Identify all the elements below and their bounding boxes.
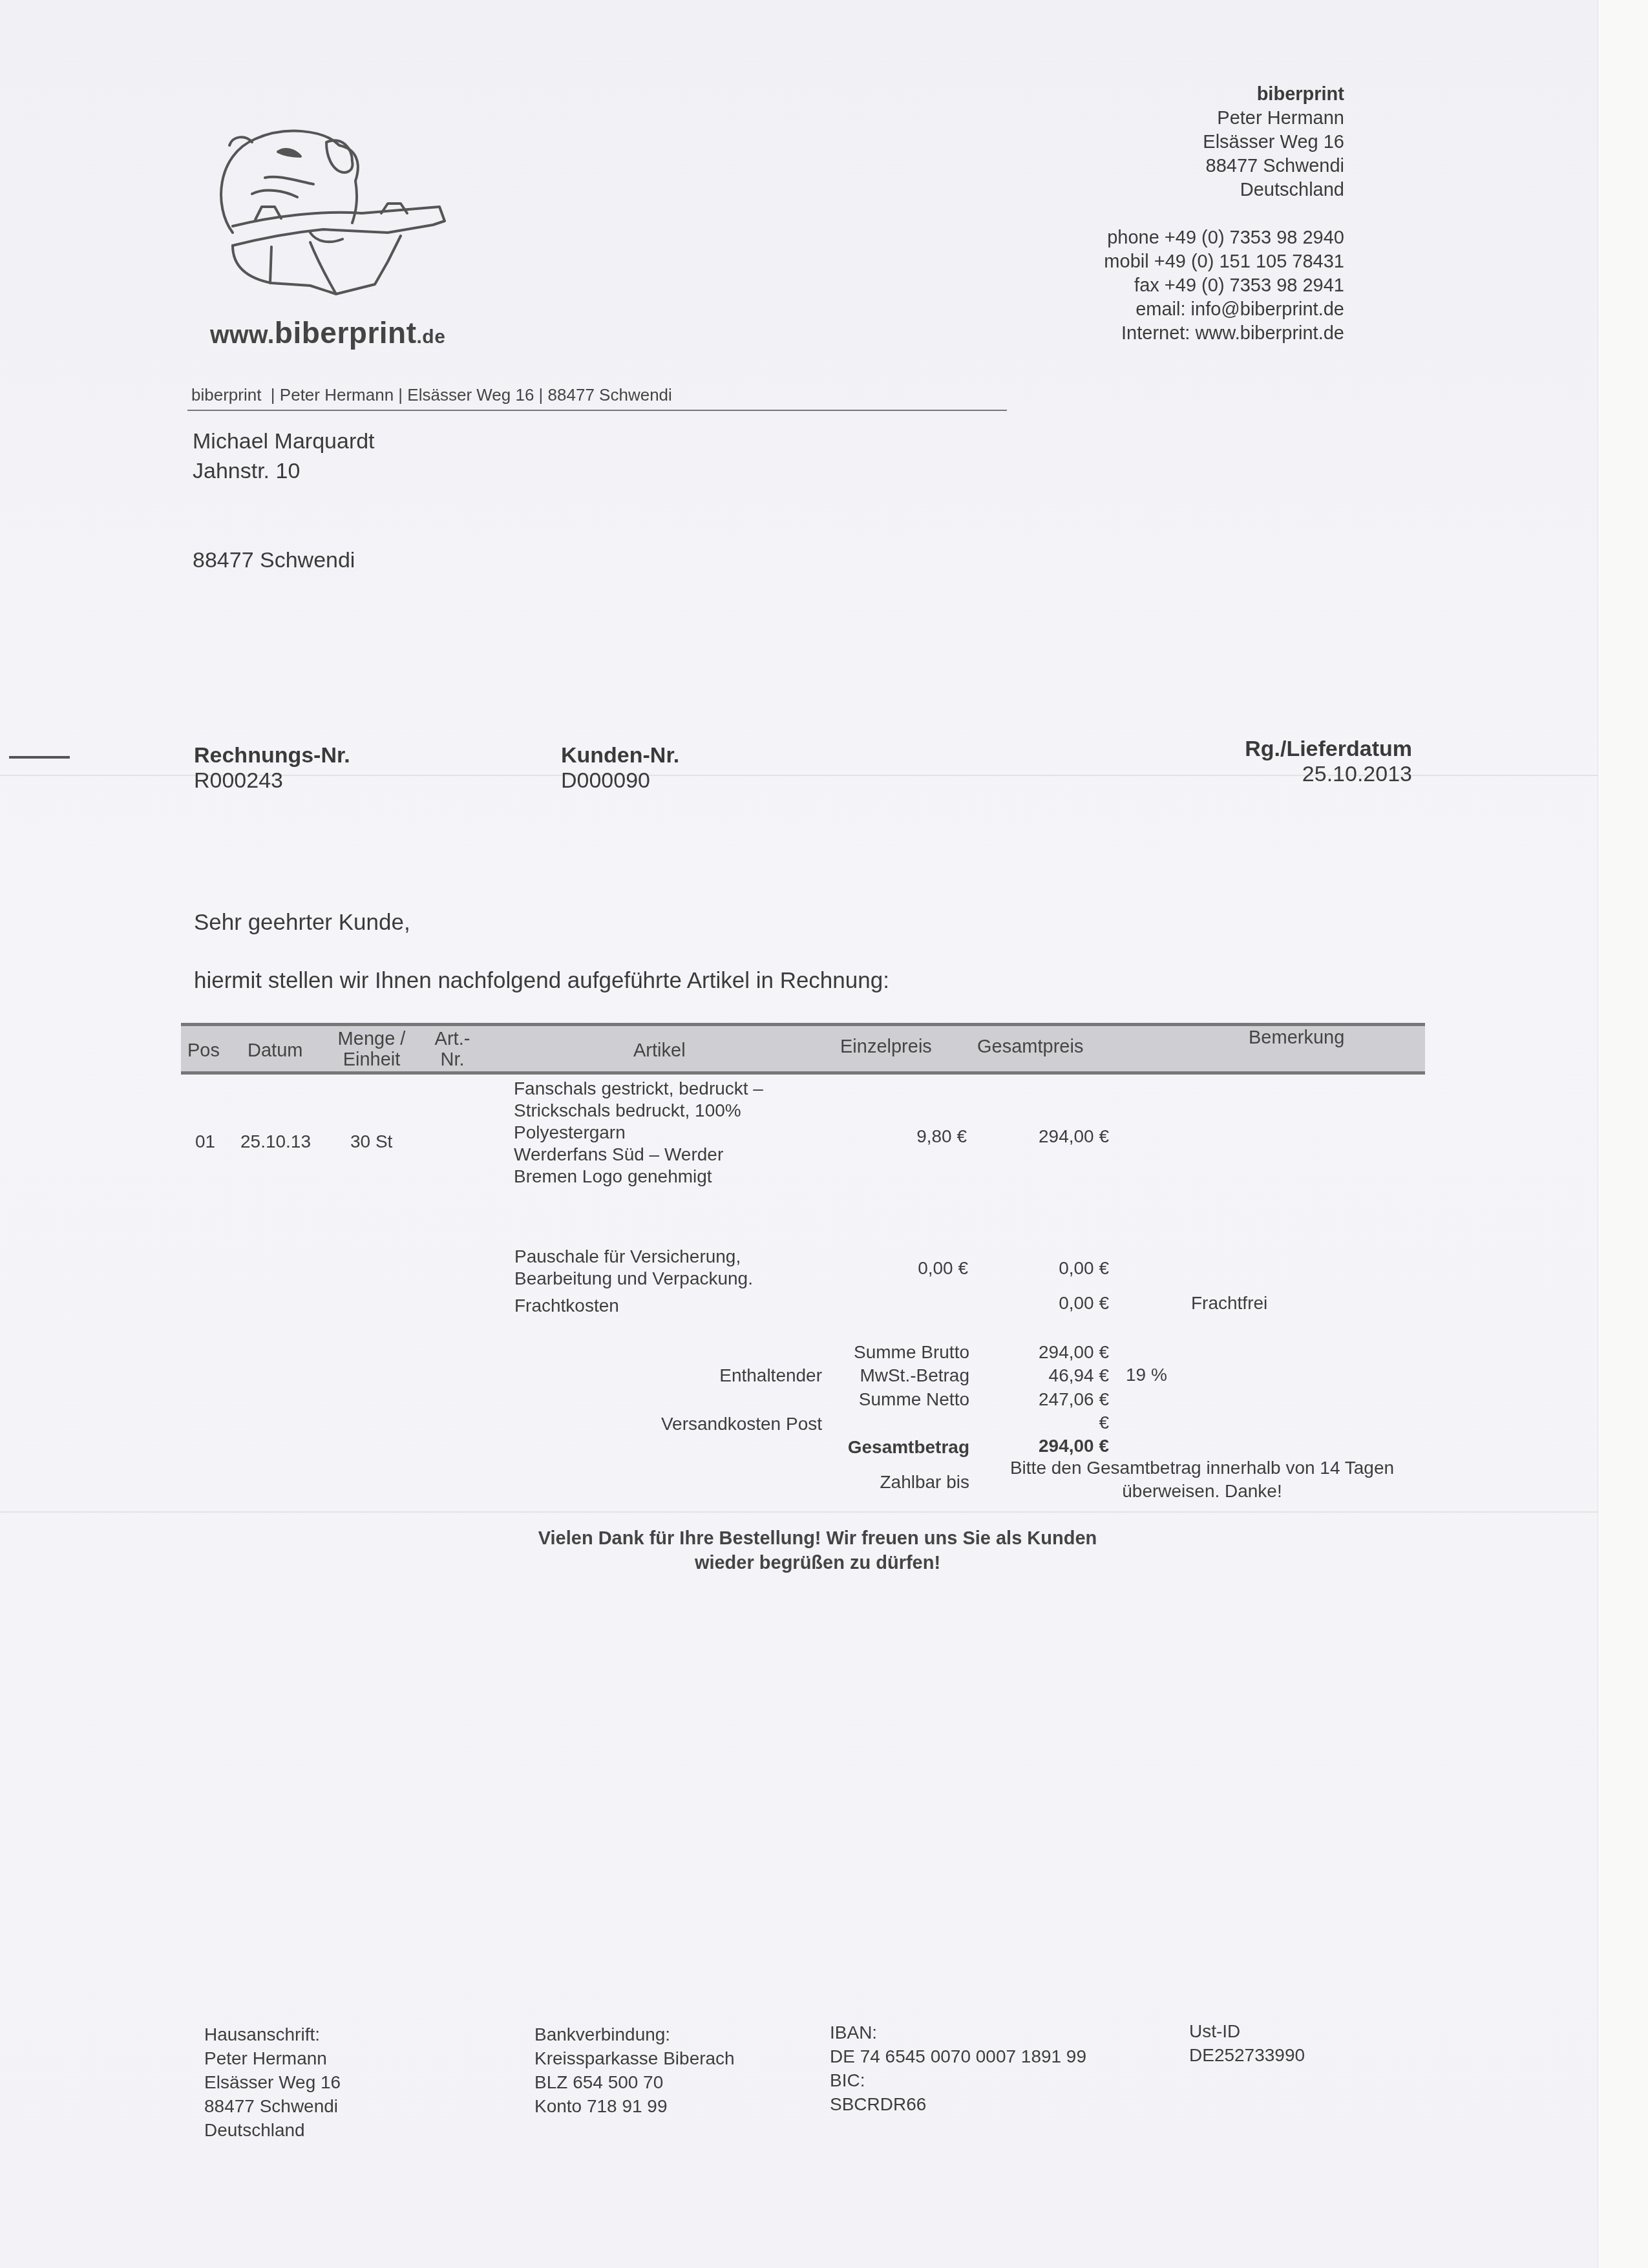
customer-number-label: Kunden-Nr. (561, 743, 679, 768)
netto-label: Summe Netto (711, 1389, 969, 1410)
col-bemerkung: Bemerkung (1249, 1027, 1344, 1048)
fold-mark (9, 756, 70, 759)
payment-terms: Bitte den Gesamtbetrag innerhalb von 14 … (976, 1456, 1428, 1503)
brutto-label: Summe Brutto (711, 1342, 969, 1363)
col-menge: Menge /Einheit (330, 1029, 414, 1070)
invoice-date-block: Rg./Lieferdatum 25.10.2013 (1099, 737, 1412, 787)
col-artnr: Art.-Nr. (433, 1029, 472, 1070)
fracht-label: Frachtkosten (514, 1295, 619, 1317)
sender-mobile: mobil +49 (0) 151 105 78431 (969, 250, 1344, 274)
mwst-value: 46,94 € (995, 1365, 1109, 1386)
gesamt-label: Gesamtbetrag (711, 1437, 969, 1458)
scanner-background (1598, 0, 1648, 2268)
pauschale-einzelpreis: 0,00 € (840, 1257, 968, 1279)
col-einzelpreis: Einzelpreis (840, 1036, 932, 1057)
sender-street: Elsässer Weg 16 (969, 131, 1344, 154)
pauschale-gesamtpreis: 0,00 € (982, 1257, 1109, 1279)
col-datum: Datum (248, 1040, 302, 1061)
col-pos: Pos (187, 1040, 220, 1061)
fracht-bemerkung: Frachtfrei (1191, 1292, 1267, 1314)
row-einzelpreis: 9,80 € (853, 1126, 967, 1148)
recipient-street: Jahnstr. 10 (193, 456, 375, 486)
gesamt-value: 294,00 € (995, 1436, 1109, 1456)
fold-crease (0, 1511, 1598, 1513)
invoice-date-label: Rg./Lieferdatum (1099, 737, 1412, 762)
customer-number: D000090 (561, 768, 679, 793)
beaver-logo-icon (194, 110, 465, 297)
invoice-number: R000243 (194, 768, 350, 793)
table-header: Pos Datum Menge /Einheit Art.-Nr. Artike… (181, 1023, 1425, 1075)
sender-country: Deutschland (969, 178, 1344, 202)
row-datum: 25.10.13 (240, 1131, 311, 1153)
sender-email: email: info@biberprint.de (969, 298, 1344, 322)
pauschale-text: Pauschale für Versicherung, Bearbeitung … (514, 1246, 753, 1290)
col-artikel: Artikel (633, 1040, 686, 1061)
sender-name: Peter Hermann (969, 107, 1344, 131)
sender-block: biberprint Peter Hermann Elsässer Weg 16… (969, 83, 1344, 346)
col-gesamtpreis: Gesamtpreis (977, 1036, 1083, 1057)
return-address-rule (187, 410, 1007, 411)
row-artikel: Fanschals gestrickt, bedruckt – Stricksc… (514, 1078, 763, 1188)
customer-number-block: Kunden-Nr. D000090 (561, 743, 679, 793)
versand-value: € (995, 1412, 1109, 1433)
versand-label: Versandkosten Post (582, 1414, 822, 1434)
recipient-name: Michael Marquardt (193, 426, 375, 456)
sender-phone: phone +49 (0) 7353 98 2940 (969, 226, 1344, 250)
row-pos: 01 (195, 1131, 215, 1153)
return-address-line: biberprint | Peter Hermann | Elsässer We… (191, 385, 672, 405)
invoice-number-block: Rechnungs-Nr. R000243 (194, 743, 350, 793)
logo-url: www.biberprint.de (210, 315, 445, 350)
invoice-date: 25.10.2013 (1099, 762, 1412, 787)
zahlbar-label: Zahlbar bis (711, 1472, 969, 1493)
footer-ustid: Ust-ID DE252733990 (1189, 2019, 1305, 2067)
sender-fax: fax +49 (0) 7353 98 2941 (969, 274, 1344, 298)
sender-company: biberprint (969, 83, 1344, 107)
recipient-address: Michael Marquardt Jahnstr. 10 (193, 426, 375, 486)
row-menge: 30 St (350, 1131, 392, 1153)
mwst-rate: 19 % (1126, 1364, 1167, 1386)
netto-value: 247,06 € (995, 1389, 1109, 1410)
thank-you-note: Vielen Dank für Ihre Bestellung! Wir fre… (478, 1526, 1157, 1575)
sender-city: 88477 Schwendi (969, 154, 1344, 178)
greeting: Sehr geehrter Kunde, (194, 910, 410, 936)
sender-internet: Internet: www.biberprint.de (969, 322, 1344, 346)
recipient-city: 88477 Schwendi (193, 548, 355, 573)
footer-iban: IBAN: DE 74 6545 0070 0007 1891 99 BIC: … (830, 2021, 1086, 2116)
mwst-label: MwSt.-Betrag (711, 1365, 969, 1386)
row-gesamtpreis: 294,00 € (969, 1126, 1109, 1148)
intro-text: hiermit stellen wir Ihnen nachfolgend au… (194, 968, 889, 994)
footer-address: Hausanschrift: Peter Hermann Elsässer We… (204, 2022, 341, 2142)
footer-bank: Bankverbindung: Kreissparkasse Biberach … (534, 2022, 735, 2118)
brutto-value: 294,00 € (995, 1342, 1109, 1363)
invoice-number-label: Rechnungs-Nr. (194, 743, 350, 768)
fracht-gesamtpreis: 0,00 € (982, 1292, 1109, 1314)
